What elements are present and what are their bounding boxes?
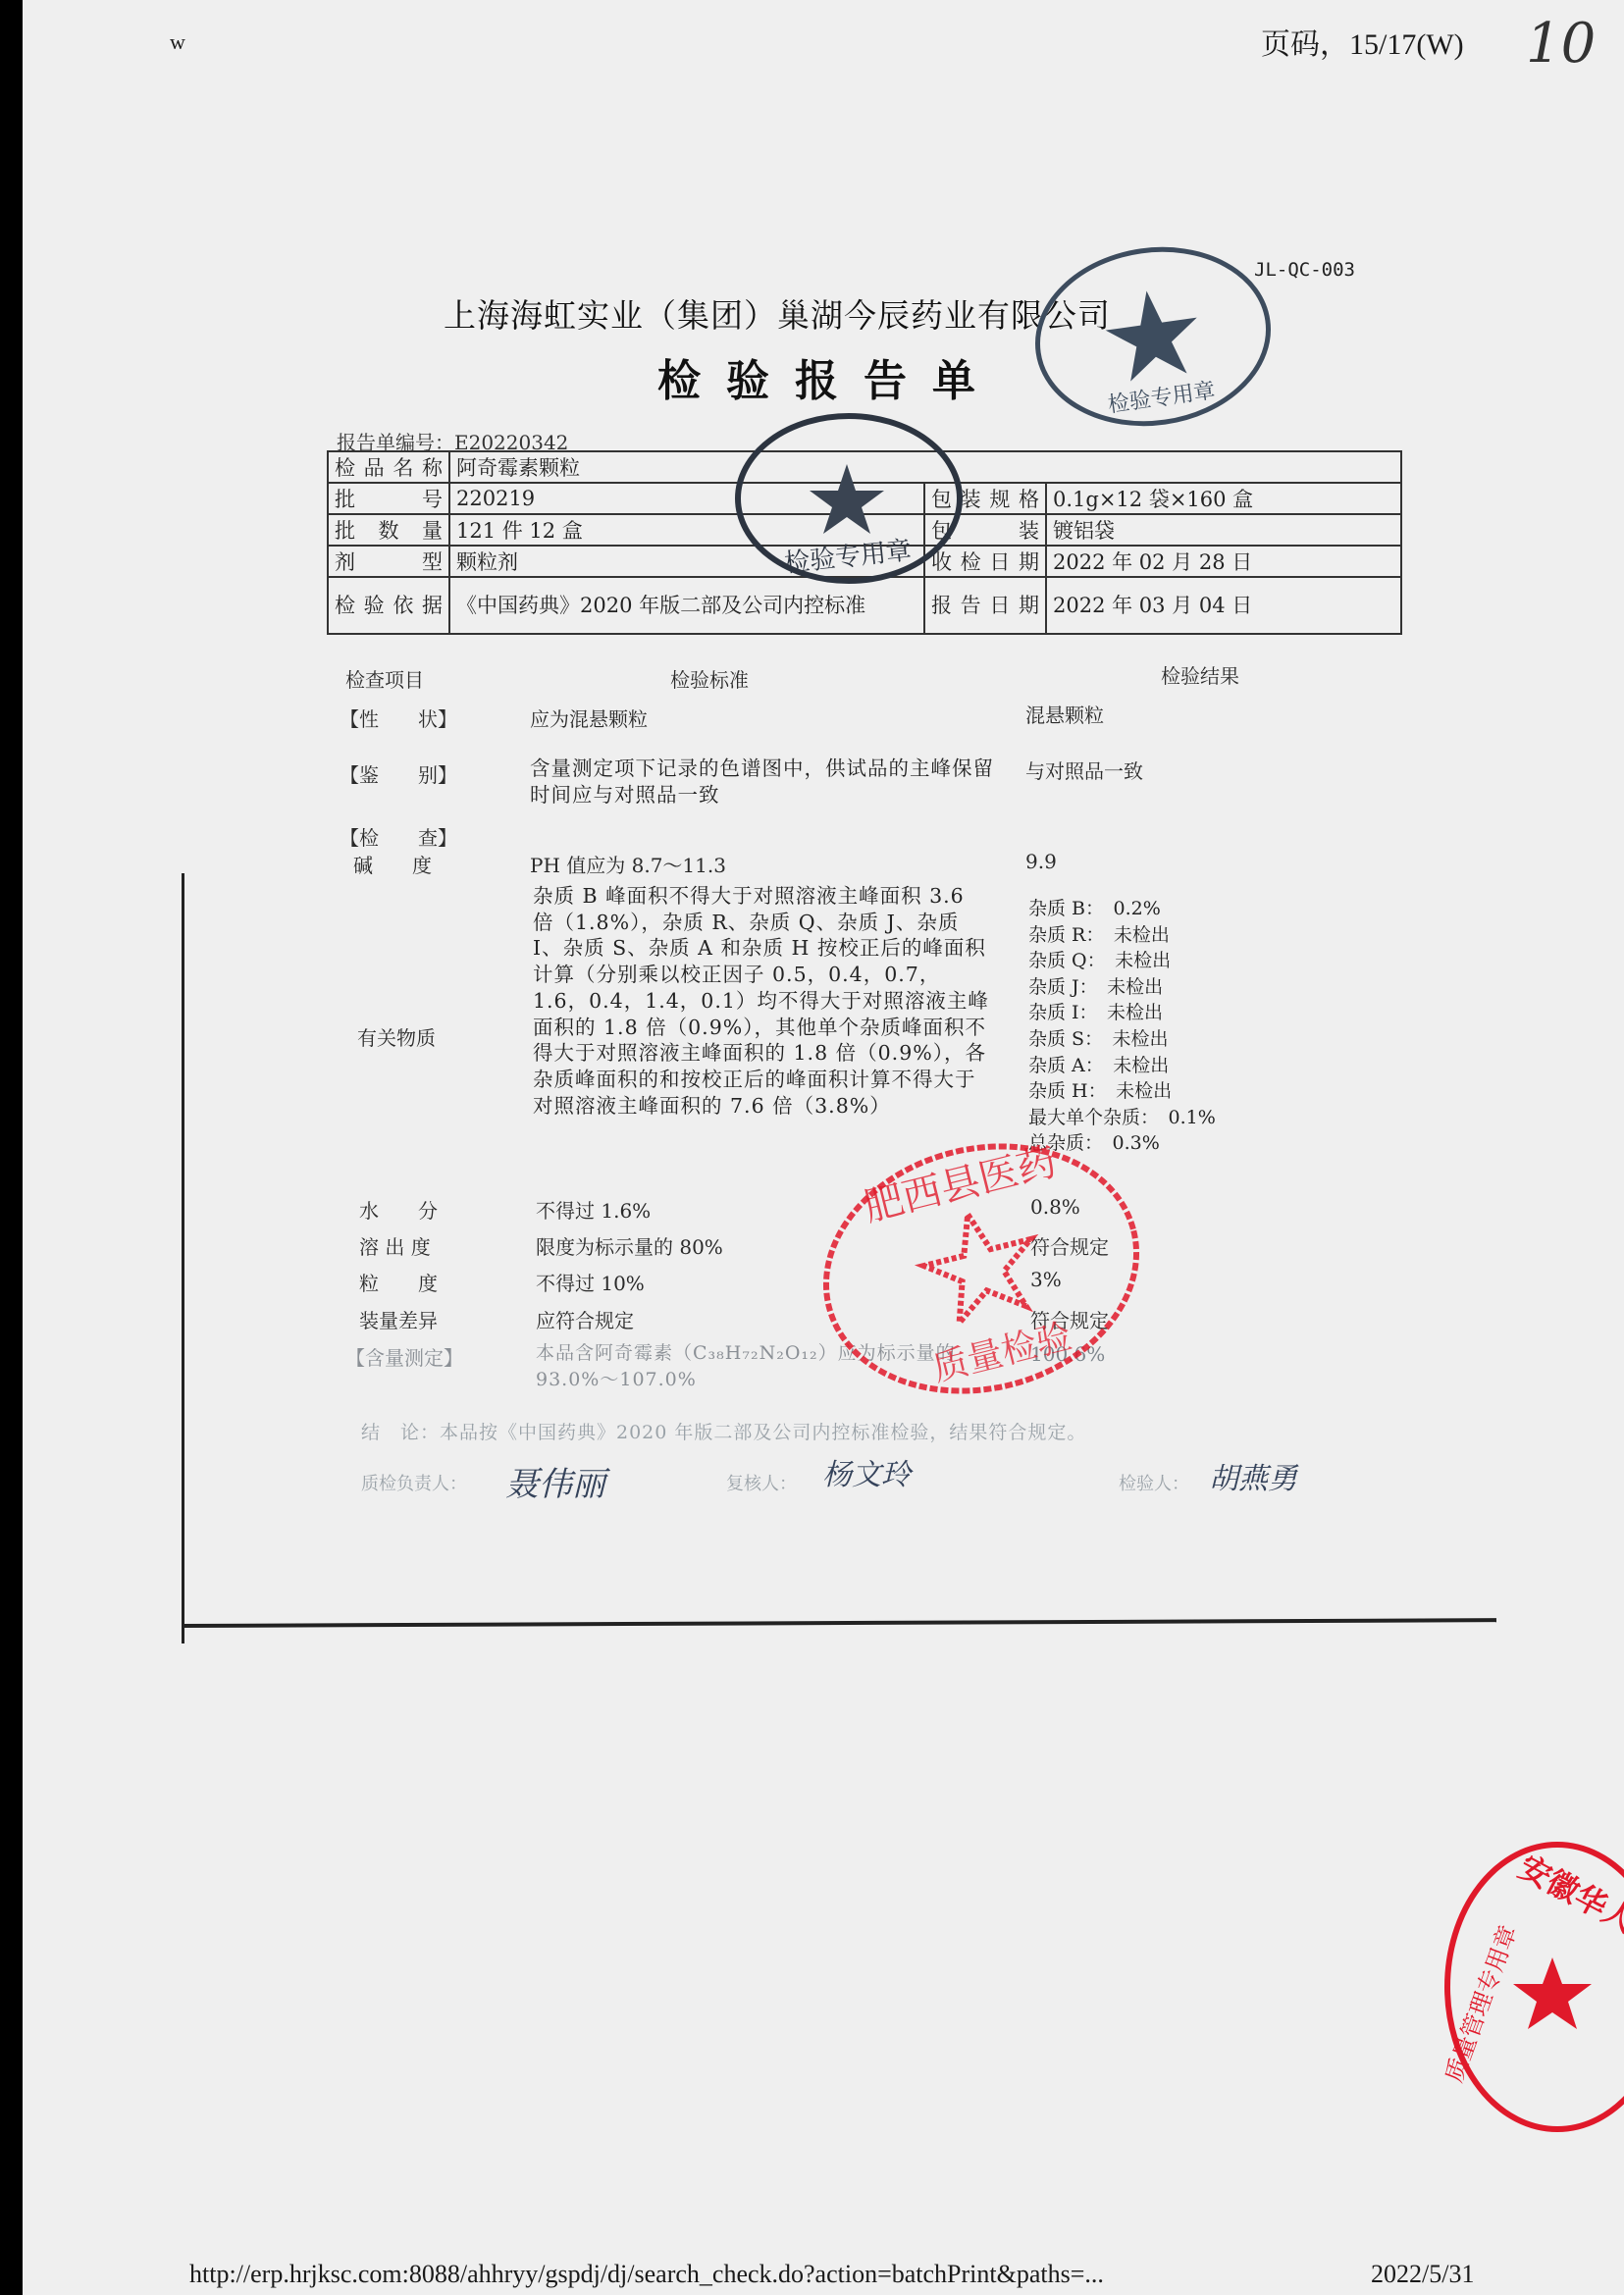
result-identification: 与对照品一致: [1025, 756, 1143, 784]
scan-border: [0, 0, 23, 2295]
reviewer-signature: 杨文玲: [822, 1450, 911, 1493]
col-header-result: 检验结果: [1161, 660, 1239, 689]
page-number: 页码，15/17(W): [1261, 20, 1464, 63]
table-row: 批 号 220219 包装规格 0.1g×12 袋×160 盒: [328, 483, 1401, 514]
print-left-mark: w: [170, 29, 185, 55]
company-name: 上海海虹实业（集团）巢湖今辰药业有限公司: [444, 290, 1111, 337]
standard-appearance: 应为混悬颗粒: [530, 704, 648, 732]
item-particle-size: 粒 度: [359, 1268, 438, 1296]
standard-alkalinity: PH 值应为 8.7～11.3: [530, 850, 726, 878]
impurity-result-line: 总杂质： 0.3%: [1028, 1130, 1216, 1157]
impurity-result-line: 杂质 S： 未检出: [1028, 1026, 1216, 1053]
standard-assay: 本品含阿奇霉素（C₃₈H₇₂N₂O₁₂）应为标示量的 93.0%～107.0%: [536, 1340, 977, 1392]
packaging-value: 镀铝袋: [1046, 514, 1401, 546]
basis-label: 检验依据: [328, 577, 449, 634]
red-corner-seal-stamp: 安徽华人 质量管理专用章: [1435, 1835, 1624, 2139]
reviewer-label: 复核人：: [726, 1470, 797, 1495]
seal-icon: 安徽华人 质量管理专用章: [1435, 1835, 1624, 2139]
standard-identification: 含量测定项下记录的色谱图中，供试品的主峰保留时间应与对照品一致: [530, 756, 996, 808]
result-alkalinity: 9.9: [1025, 850, 1057, 873]
product-name-value: 阿奇霉素颗粒: [449, 451, 1401, 483]
standard-dissolution: 限度为标示量的 80%: [536, 1231, 723, 1260]
result-appearance: 混悬颗粒: [1025, 700, 1104, 728]
table-row: 批 数 量 121 件 12 盒 包 装 镀铝袋: [328, 514, 1401, 546]
tests-heading: 【检 查】: [340, 822, 457, 851]
svg-text:安徽华人: 安徽华人: [1513, 1848, 1624, 1940]
seal-icon: 检验专用章: [1019, 228, 1287, 446]
result-related-substances: 杂质 B： 0.2%杂质 R： 未检出杂质 Q： 未检出杂质 J： 未检出杂质 …: [1028, 896, 1216, 1157]
item-appearance: 【性 状】: [340, 704, 457, 732]
batch-no-label: 批 号: [328, 483, 449, 514]
col-header-item: 检查项目: [345, 664, 424, 693]
pack-spec-value: 0.1g×12 袋×160 盒: [1046, 483, 1401, 514]
impurity-result-line: 杂质 B： 0.2%: [1028, 896, 1216, 922]
batch-qty-label: 批 数 量: [328, 514, 449, 546]
product-info-table: 检品名称 阿奇霉素颗粒 批 号 220219 包装规格 0.1g×12 袋×16…: [327, 450, 1402, 635]
batch-no-value: 220219: [449, 483, 924, 514]
report-date-value: 2022 年 03 月 04 日: [1046, 577, 1401, 634]
standard-related-substances: 杂质 B 峰面积不得大于对照溶液主峰面积 3.6 倍（1.8%），杂质 R、杂质…: [533, 883, 991, 1119]
impurity-result-line: 杂质 Q： 未检出: [1028, 948, 1216, 974]
item-identification: 【鉴 别】: [340, 759, 457, 788]
dosage-form-value: 颗粒剂: [449, 546, 924, 577]
table-row: 剂 型 颗粒剂 收检日期 2022 年 02 月 28 日: [328, 546, 1401, 577]
conclusion: 结 论：本品按《中国药典》2020 年版二部及公司内控标准检验，结果符合规定。: [361, 1418, 1086, 1444]
item-dissolution: 溶 出 度: [359, 1231, 431, 1260]
item-alkalinity: 碱 度: [353, 850, 432, 878]
frame-left-line: [182, 873, 184, 1643]
footer-print-date: 2022/5/31: [1371, 2260, 1474, 2289]
standard-fill-variation: 应符合规定: [536, 1305, 634, 1333]
standard-water: 不得过 1.6%: [536, 1195, 651, 1224]
item-assay: 【含量测定】: [345, 1342, 463, 1371]
item-water: 水 分: [359, 1195, 438, 1224]
dosage-form-label: 剂 型: [328, 546, 449, 577]
frame-bottom-line: [182, 1618, 1496, 1628]
item-related-substances: 有关物质: [357, 1022, 436, 1051]
impurity-result-line: 杂质 H： 未检出: [1028, 1078, 1216, 1105]
impurity-result-line: 杂质 R： 未检出: [1028, 922, 1216, 949]
impurity-result-line: 杂质 I： 未检出: [1028, 1000, 1216, 1026]
standard-particle-size: 不得过 10%: [536, 1268, 645, 1296]
result-fill-variation: 符合规定: [1030, 1305, 1109, 1333]
form-code: JL-QC-003: [1254, 259, 1355, 281]
qc-head-label: 质检负责人：: [361, 1470, 467, 1495]
svg-text:检验专用章: 检验专用章: [1107, 379, 1217, 418]
result-particle-size: 3%: [1030, 1268, 1062, 1291]
company-seal-stamp-top: 检验专用章: [1019, 228, 1287, 446]
pack-spec-label: 包装规格: [924, 483, 1046, 514]
table-row: 检验依据 《中国药典》2020 年版二部及公司内控标准 报告日期 2022 年 …: [328, 577, 1401, 634]
receive-date-value: 2022 年 02 月 28 日: [1046, 546, 1401, 577]
qc-head-signature: 聂伟丽: [505, 1457, 605, 1505]
svg-text:质量管理专用章: 质量管理专用章: [1441, 1922, 1523, 2086]
product-name-label: 检品名称: [328, 451, 449, 483]
table-row: 检品名称 阿奇霉素颗粒: [328, 451, 1401, 483]
item-fill-variation: 装量差异: [359, 1305, 438, 1333]
result-assay: 100.6%: [1030, 1342, 1105, 1366]
document-title: 检验报告单: [657, 345, 1001, 408]
batch-qty-value: 121 件 12 盒: [449, 514, 924, 546]
report-date-label: 报告日期: [924, 577, 1046, 634]
handwritten-page-number: 10: [1526, 12, 1596, 76]
packaging-label: 包 装: [924, 514, 1046, 546]
impurity-result-line: 杂质 A： 未检出: [1028, 1053, 1216, 1079]
impurity-result-line: 杂质 J： 未检出: [1028, 974, 1216, 1001]
result-water: 0.8%: [1030, 1195, 1080, 1219]
inspector-signature: 胡燕勇: [1209, 1454, 1297, 1497]
footer-url: http://erp.hrjksc.com:8088/ahhryy/gspdj/…: [189, 2260, 1104, 2289]
col-header-standard: 检验标准: [670, 664, 749, 693]
basis-value: 《中国药典》2020 年版二部及公司内控标准: [449, 577, 924, 634]
inspector-label: 检验人：: [1119, 1470, 1189, 1495]
result-dissolution: 符合规定: [1030, 1231, 1109, 1260]
impurity-result-line: 最大单个杂质： 0.1%: [1028, 1105, 1216, 1131]
receive-date-label: 收检日期: [924, 546, 1046, 577]
